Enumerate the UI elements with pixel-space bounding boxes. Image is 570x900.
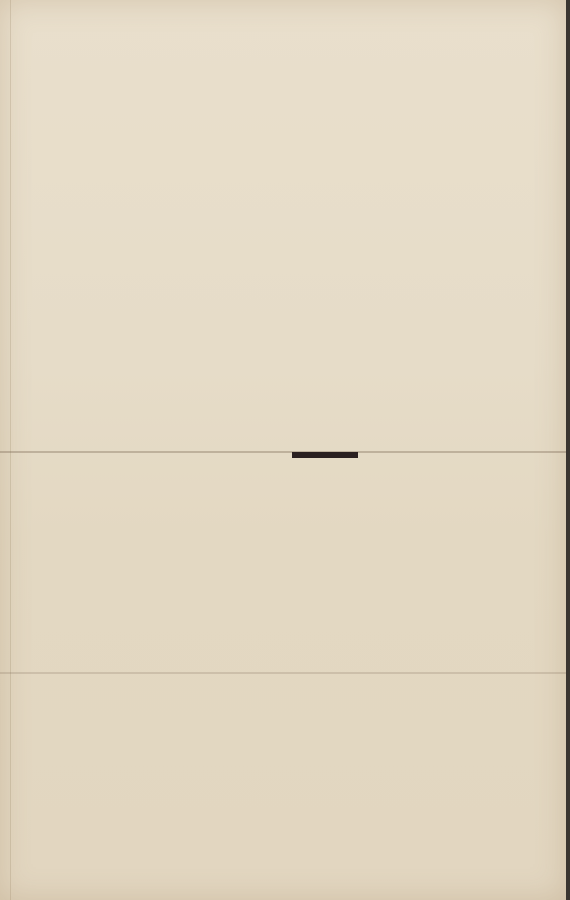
page-edge-line [10,0,11,900]
horizontal-fold-line [0,451,566,453]
ink-blot [292,452,358,458]
lower-fold-line [0,672,566,674]
manuscript-page [0,0,566,900]
